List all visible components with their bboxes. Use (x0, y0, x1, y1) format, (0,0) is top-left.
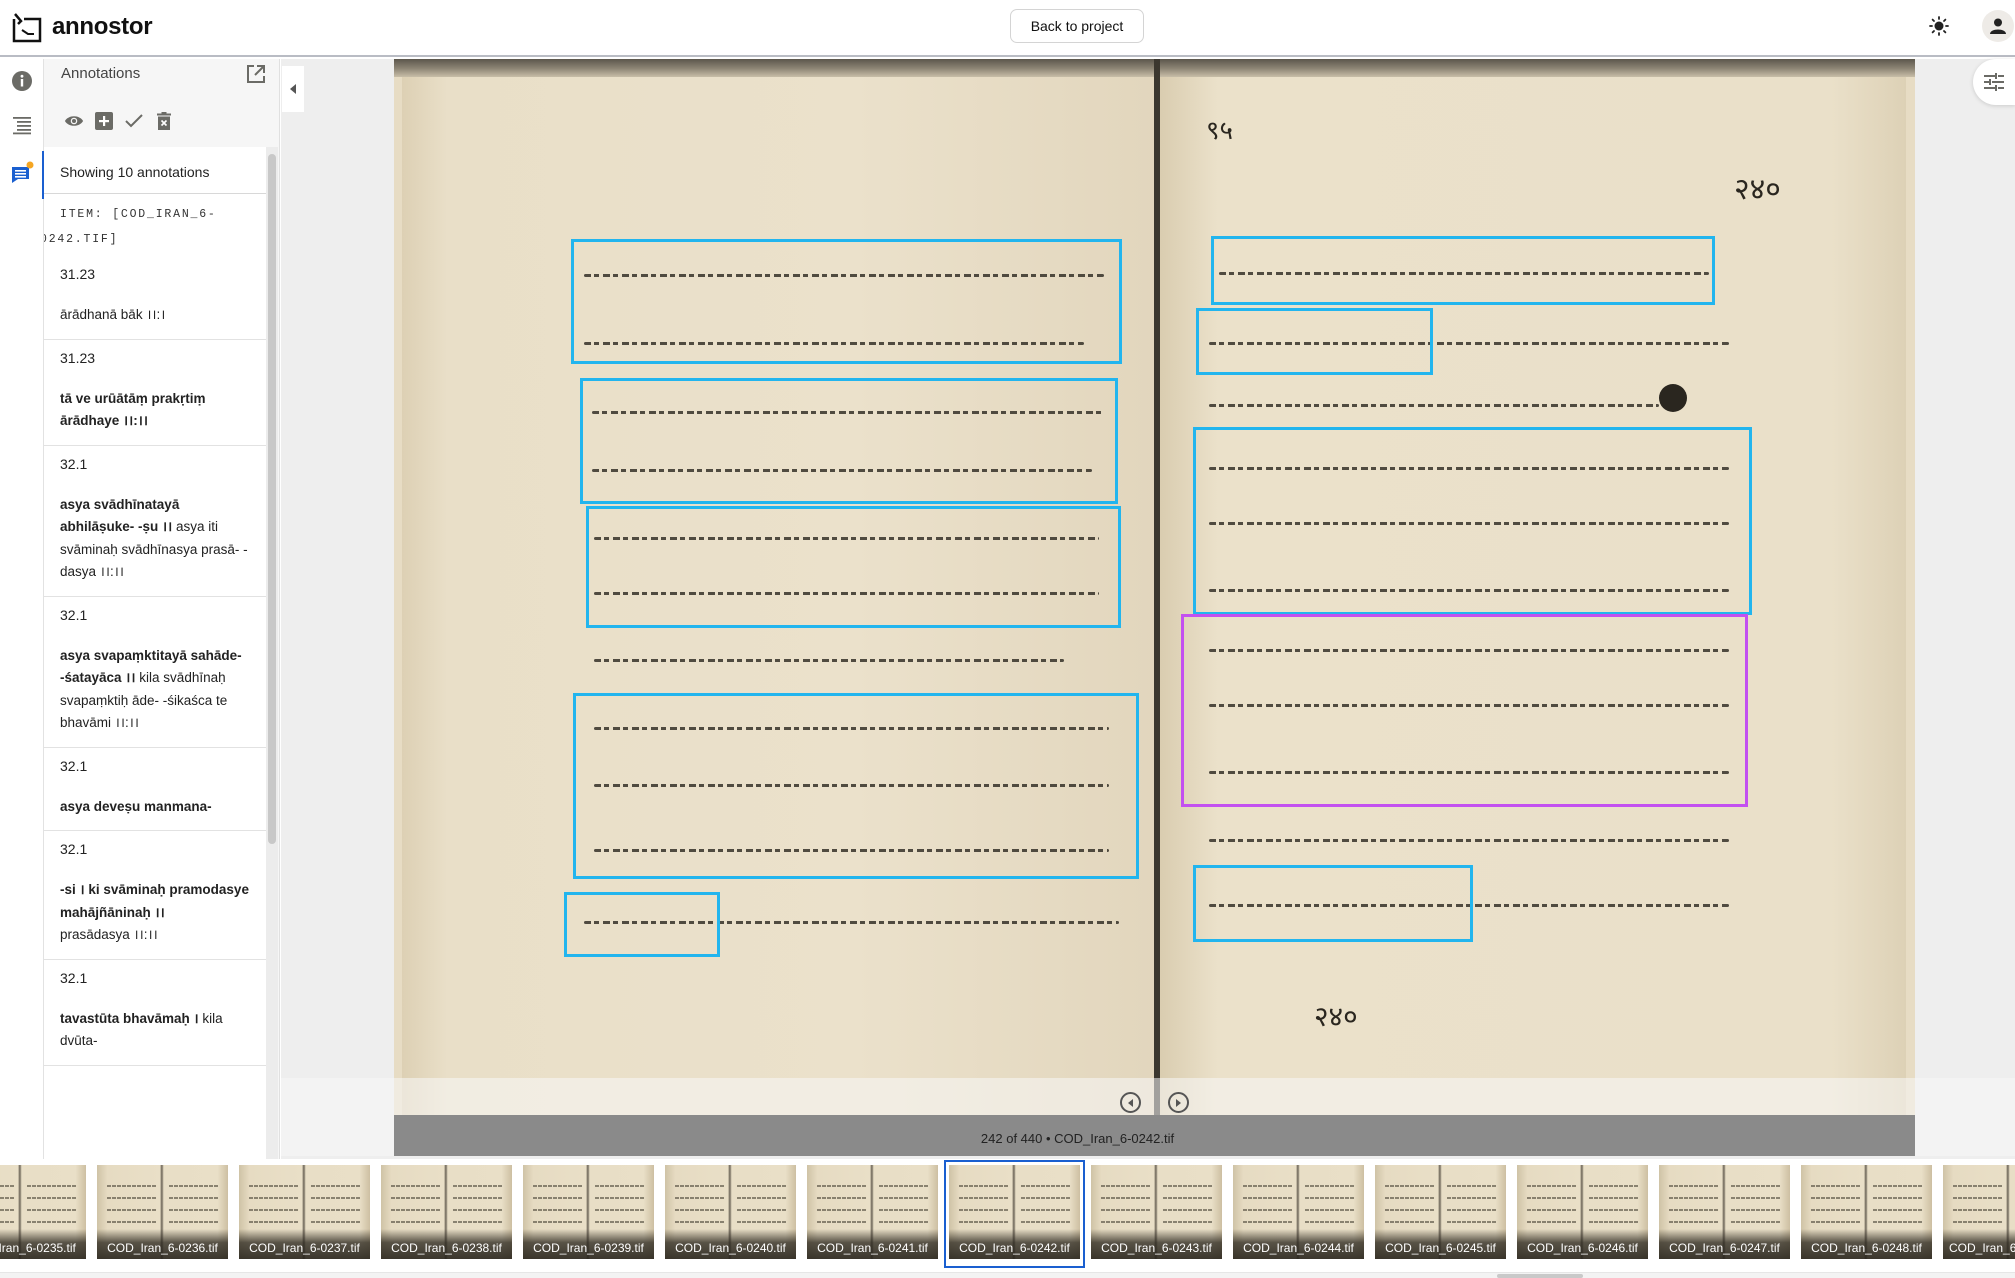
annotation-item[interactable]: 32.1 asya deveṣu manmana- (44, 748, 266, 832)
app-logo[interactable]: annostor (12, 10, 152, 44)
filmstrip-scroll-thumb[interactable] (1497, 1274, 1583, 1278)
sliders-icon (1984, 73, 2004, 91)
collapse-panel-button[interactable] (282, 66, 304, 112)
thumbnail-label: COD_Iran_6-0238.tif (381, 1229, 512, 1259)
delete-button[interactable] (154, 111, 174, 131)
filmstrip-thumbnail[interactable]: COD_Iran_6-0247.tif (1659, 1165, 1790, 1259)
comment-icon (10, 161, 34, 185)
user-icon (1989, 17, 2007, 35)
filmstrip-thumbnail[interactable]: COD_Iran_6-0248.tif (1801, 1165, 1932, 1259)
confirm-button[interactable] (124, 111, 144, 131)
thumbnail-label: COD_Iran_6-0246.tif (1517, 1229, 1648, 1259)
thumbnail-label: COD_Iran_6-0237.tif (239, 1229, 370, 1259)
annotation-ref: 32.1 (60, 758, 256, 774)
annotation-item[interactable]: 31.23 tā ve urūātāṃ prakṛtiṃ ārādhaye ।।… (44, 340, 266, 446)
annotation-box-selected[interactable] (1181, 614, 1748, 807)
annotation-box[interactable] (573, 693, 1139, 879)
filmstrip-thumbnail[interactable]: COD_Iran_6-0245.tif (1375, 1165, 1506, 1259)
annotation-list-scroll-thumb[interactable] (268, 154, 276, 844)
annotation-box[interactable] (571, 239, 1122, 364)
annotation-box[interactable] (580, 378, 1118, 504)
filmstrip-thumbnail[interactable]: COD_Iran_6-0246.tif (1517, 1165, 1648, 1259)
user-avatar[interactable] (1982, 10, 2014, 42)
annotation-item[interactable]: 32.1 asya svapaṃktitayā sahāde- -śatayāc… (44, 597, 266, 748)
external-link-icon[interactable] (245, 63, 267, 85)
previous-image-button[interactable] (1120, 1092, 1141, 1113)
top-bar: annostor Back to project (0, 0, 2015, 57)
filmstrip-thumbnail[interactable]: COD_Iran_6-0244.tif (1233, 1165, 1364, 1259)
sun-icon[interactable] (1929, 16, 1949, 36)
add-annotation-button[interactable] (94, 111, 114, 131)
annotation-box[interactable] (1193, 865, 1473, 942)
annotation-box[interactable] (1196, 308, 1433, 375)
caret-left-icon (289, 83, 297, 95)
thumbnail-label: COD_Iran_6-0240.tif (665, 1229, 796, 1259)
annotation-ref: 31.23 (60, 266, 256, 282)
folio-number-bottom: २४० (1314, 997, 1358, 1035)
back-to-project-button[interactable]: Back to project (1010, 9, 1144, 43)
thumbnail-label: COD_Iran_6-0244.tif (1233, 1229, 1364, 1259)
annotation-count: Showing 10 annotations (44, 147, 266, 194)
thumbnail-label: COD_Iran_6-0239.tif (523, 1229, 654, 1259)
thumbnail-label: COD_Iran_6-0243.tif (1091, 1229, 1222, 1259)
annotation-ref: 32.1 (60, 456, 256, 472)
check-icon (125, 114, 143, 128)
annotation-text: asya deveṣu manmana- (60, 796, 256, 819)
annotation-item[interactable]: 31.23 ārādhanā bāk ।।:। (44, 252, 266, 340)
trash-icon (157, 112, 171, 130)
rail-item-annotations[interactable] (0, 151, 44, 195)
toggle-visibility-button[interactable] (64, 111, 84, 131)
filmstrip-thumbnail[interactable]: COD_Iran_6-0235.tif (0, 1165, 86, 1259)
filmstrip-thumbnail[interactable]: COD_Iran_6-0237.tif (239, 1165, 370, 1259)
filmstrip-thumbnail[interactable]: COD_Iran_6-0241.tif (807, 1165, 938, 1259)
thumbnail-label: COD_Iran_6-0248.tif (1801, 1229, 1932, 1259)
annotation-text: tavastūta bhavāmaḥ । kila dvūta- (60, 1008, 256, 1053)
circle-arrow-left-icon (1126, 1098, 1135, 1108)
text-lines-icon (12, 115, 32, 135)
annostor-logo-icon (12, 10, 42, 44)
annotation-item[interactable]: 32.1 tavastūta bhavāmaḥ । kila dvūta- (44, 960, 266, 1066)
annotation-ref: 32.1 (60, 970, 256, 986)
annotation-box[interactable] (1211, 236, 1715, 305)
annotation-text: -si । ki svāminaḥ pramodasye mahājñānina… (60, 879, 256, 947)
item-tag-line: 0242.TIF] (44, 227, 258, 252)
thumbnail-label: COD_Iran_6-0247.tif (1659, 1229, 1790, 1259)
annotation-text: ārādhanā bāk ।।:। (60, 304, 256, 327)
image-pager: 242 of 440 • COD_Iran_6-0242.tif (0, 1131, 2015, 1146)
annotation-ref: 31.23 (60, 350, 256, 366)
rosette-ornament (1659, 384, 1687, 412)
filmstrip-thumbnail[interactable]: COD_Iran_6-0238.tif (381, 1165, 512, 1259)
thumbnail-label: COD_Iran_6-0245.tif (1375, 1229, 1506, 1259)
eye-icon (64, 113, 84, 129)
annotation-box[interactable] (586, 506, 1121, 628)
app-name: annostor (52, 13, 152, 41)
rail-item-outline[interactable] (0, 103, 44, 147)
thumbnail-label: COD_Iran_6-0236.tif (97, 1229, 228, 1259)
thumbnail-label: COD_Iran_6-0235.tif (0, 1229, 86, 1259)
annotation-ref: 32.1 (60, 607, 256, 623)
annotation-text: tā ve urūātāṃ prakṛtiṃ ārādhaye ।।:।। (60, 388, 256, 433)
annotation-list[interactable]: Showing 10 annotations ITEM: [COD_IRAN_6… (44, 147, 266, 1159)
filmstrip-thumbnail[interactable]: COD_Iran_6-0240.tif (665, 1165, 796, 1259)
folio-number-top: २४० (1734, 167, 1781, 208)
plus-box-icon (95, 112, 113, 130)
filmstrip-thumbnail[interactable]: COD_Iran_6-0236.tif (97, 1165, 228, 1259)
item-tag-line: ITEM: [COD_IRAN_6- (44, 202, 258, 227)
item-tag: ITEM: [COD_IRAN_6- 0242.TIF] (44, 194, 266, 252)
notification-badge (27, 162, 34, 169)
annotation-text: asya svapaṃktitayā sahāde- -śatayāca ।। … (60, 645, 256, 735)
annotation-box[interactable] (1193, 427, 1752, 615)
next-image-button[interactable] (1168, 1092, 1189, 1113)
annotation-ref: 32.1 (60, 841, 256, 857)
annotation-box[interactable] (564, 892, 720, 957)
filmstrip-thumbnail[interactable]: COD_Iran_6-0243.tif (1091, 1165, 1222, 1259)
annotation-item[interactable]: 32.1 -si । ki svāminaḥ pramodasye mahājñ… (44, 831, 266, 960)
selected-thumbnail-frame (944, 1160, 1085, 1268)
image-settings-button[interactable] (1973, 59, 2015, 105)
circle-arrow-right-icon (1174, 1098, 1183, 1108)
info-icon (11, 70, 33, 92)
rail-item-info[interactable] (0, 59, 44, 103)
annotation-toolbar (64, 111, 174, 131)
annotation-text: asya svādhīnatayā abhilāṣuke- -ṣu ।। asy… (60, 494, 256, 584)
filmstrip-thumbnail[interactable]: COD_Iran_6-0249.tif (1943, 1165, 2015, 1259)
panel-title: Annotations (61, 65, 140, 82)
annotation-item[interactable]: 32.1 asya svādhīnatayā abhilāṣuke- -ṣu ।… (44, 446, 266, 597)
book-spine (1154, 59, 1160, 1156)
filmstrip-scrollbar[interactable] (0, 1272, 2015, 1278)
filmstrip-thumbnail[interactable]: COD_Iran_6-0239.tif (523, 1165, 654, 1259)
left-rail (0, 59, 44, 1159)
thumbnail-label: COD_Iran_6-0241.tif (807, 1229, 938, 1259)
thumbnail-label: COD_Iran_6-0249.tif (1943, 1229, 2015, 1259)
annotations-panel: Annotations Showing 10 annotations ITEM:… (44, 59, 280, 1159)
folio-number-left: ९५ (1206, 111, 1233, 147)
